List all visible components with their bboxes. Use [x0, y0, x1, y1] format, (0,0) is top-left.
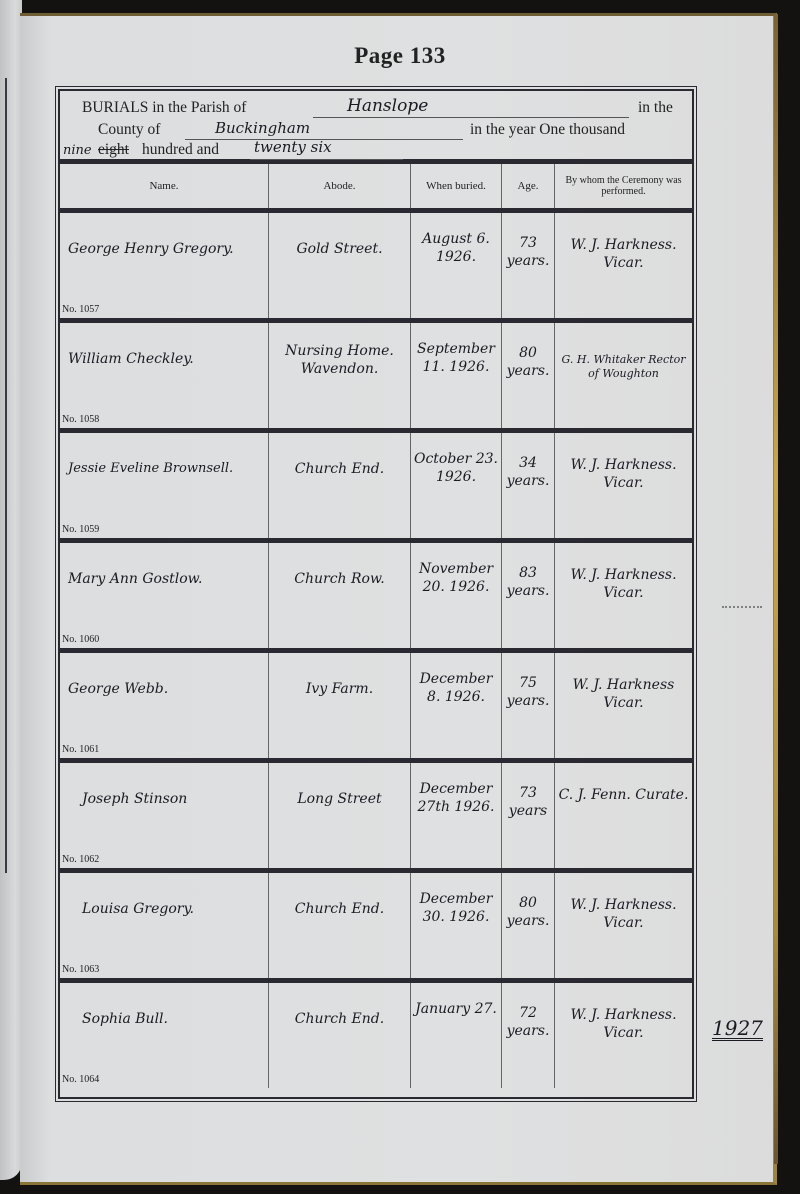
- column-header-officiant: By whom the Ceremony was performed.: [555, 164, 692, 208]
- table-row: Joseph StinsonNo. 1062 Long Street Decem…: [60, 763, 692, 868]
- table-row: Mary Ann Gostlow.No. 1060 Church Row. No…: [60, 543, 692, 648]
- abode-cell: Nursing Home. Wavendon.: [269, 323, 411, 428]
- officiant-cell: W. J. Harkness Vicar.: [555, 653, 692, 758]
- name-cell: Mary Ann Gostlow.No. 1060: [60, 543, 269, 648]
- officiant-cell: C. J. Fenn. Curate.: [555, 763, 692, 868]
- entry-number: No. 1064: [62, 1074, 99, 1085]
- age-cell: 75 years.: [502, 653, 555, 758]
- officiant-cell: W. J. Harkness. Vicar.: [555, 543, 692, 648]
- when-buried-cell: December 27th 1926.: [411, 763, 502, 868]
- name-cell: Louisa Gregory.No. 1063: [60, 873, 269, 978]
- name-cell: George Henry Gregory.No. 1057: [60, 213, 269, 318]
- abode-cell: Gold Street.: [269, 213, 411, 318]
- heading-county-label: County of: [98, 121, 160, 139]
- burial-register-table: BURIALS in the Parish of Hanslope in the…: [58, 89, 694, 1099]
- previous-page-edge: [0, 0, 22, 1180]
- parish-field: Hanslope: [313, 99, 629, 118]
- table-row: Jessie Eveline Brownsell.No. 1059 Church…: [60, 433, 692, 538]
- abode-cell: Church End.: [269, 983, 411, 1088]
- name-cell: William Checkley.No. 1058: [60, 323, 269, 428]
- entry-number: No. 1061: [62, 744, 99, 755]
- when-buried-cell: August 6. 1926.: [411, 213, 502, 318]
- heading-parish-label: BURIALS in the Parish of: [82, 99, 246, 117]
- table-row: Sophia Bull.No. 1064 Church End. January…: [60, 983, 692, 1088]
- name-cell: Sophia Bull.No. 1064: [60, 983, 269, 1088]
- abode-cell: Ivy Farm.: [269, 653, 411, 758]
- officiant-cell: W. J. Harkness. Vicar.: [555, 213, 692, 318]
- officiant-cell: W. J. Harkness. Vicar.: [555, 983, 692, 1088]
- column-header-abode: Abode.: [269, 164, 411, 208]
- parish-value: Hanslope: [347, 96, 428, 116]
- when-buried-cell: December 30. 1926.: [411, 873, 502, 978]
- officiant-cell: W. J. Harkness. Vicar.: [555, 873, 692, 978]
- when-buried-cell: October 23. 1926.: [411, 433, 502, 538]
- entry-number: No. 1063: [62, 964, 99, 975]
- name-cell: Jessie Eveline Brownsell.No. 1059: [60, 433, 269, 538]
- age-cell: 83 years.: [502, 543, 555, 648]
- abode-cell: Church Row.: [269, 543, 411, 648]
- age-cell: 80 years.: [502, 873, 555, 978]
- county-value: Buckingham: [215, 119, 310, 137]
- age-cell: 34 years.: [502, 433, 555, 538]
- entry-number: No. 1060: [62, 634, 99, 645]
- abode-cell: Church End.: [269, 433, 411, 538]
- column-headers: Name. Abode. When buried. Age. By whom t…: [60, 164, 692, 208]
- margin-year-note: 1927: [712, 1018, 763, 1041]
- age-cell: 73 years: [502, 763, 555, 868]
- column-header-when-buried: When buried.: [411, 164, 502, 208]
- gilt-page-edge: [774, 14, 778, 1164]
- entry-number: No. 1058: [62, 414, 99, 425]
- table-row: George Henry Gregory.No. 1057 Gold Stree…: [60, 213, 692, 318]
- name-cell: Joseph StinsonNo. 1062: [60, 763, 269, 868]
- when-buried-cell: January 27.: [411, 983, 502, 1088]
- when-buried-cell: December 8. 1926.: [411, 653, 502, 758]
- register-heading: BURIALS in the Parish of Hanslope in the…: [60, 91, 692, 159]
- heading-hundred-and: hundred and: [142, 141, 219, 159]
- table-row: George Webb.No. 1061 Ivy Farm. December …: [60, 653, 692, 758]
- heading-county-suffix: in the year One thousand: [470, 121, 625, 139]
- age-cell: 73 years.: [502, 213, 555, 318]
- column-header-age: Age.: [502, 164, 555, 208]
- name-cell: George Webb.No. 1061: [60, 653, 269, 758]
- correction-nine: nine: [63, 143, 92, 158]
- previous-page-frame: [0, 78, 7, 873]
- entry-number: No. 1059: [62, 524, 99, 535]
- column-header-name: Name.: [60, 164, 269, 208]
- age-cell: 72 years.: [502, 983, 555, 1088]
- year-words-value: twenty six: [254, 138, 332, 156]
- age-cell: 80 years.: [502, 323, 555, 428]
- margin-pencil-mark: [722, 592, 762, 608]
- when-buried-cell: September 11. 1926.: [411, 323, 502, 428]
- page-title: Page 133: [0, 43, 800, 69]
- officiant-cell: G. H. Whitaker Rector of Woughton: [555, 323, 692, 428]
- struck-eight: eight: [98, 141, 129, 159]
- when-buried-cell: November 20. 1926.: [411, 543, 502, 648]
- year-words-field: twenty six: [250, 141, 403, 160]
- entry-number: No. 1062: [62, 854, 99, 865]
- table-row: William Checkley.No. 1058 Nursing Home. …: [60, 323, 692, 428]
- entry-number: No. 1057: [62, 304, 99, 315]
- table-row: Louisa Gregory.No. 1063 Church End. Dece…: [60, 873, 692, 978]
- abode-cell: Long Street: [269, 763, 411, 868]
- heading-parish-suffix: in the: [638, 99, 673, 117]
- abode-cell: Church End.: [269, 873, 411, 978]
- officiant-cell: W. J. Harkness. Vicar.: [555, 433, 692, 538]
